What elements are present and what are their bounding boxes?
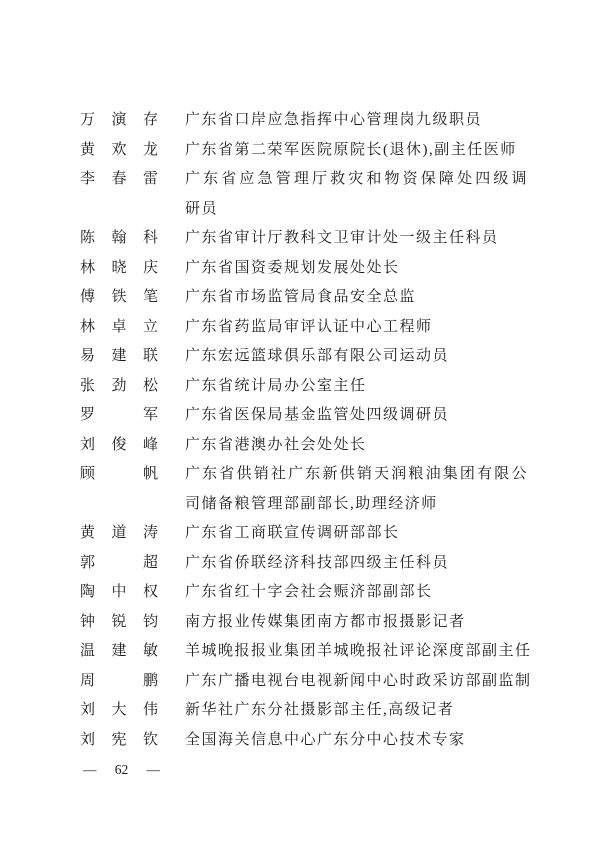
person-position: 广东省应急管理厅救灾和物资保障处四级调研员 xyxy=(185,165,528,224)
list-item: 刘宪钦 全国海关信息中心广东分中心技术专家 xyxy=(80,726,528,756)
list-item: 万演存 广东省口岸应急指挥中心管理岗九级职员 xyxy=(80,106,528,136)
person-name: 罗军 xyxy=(80,401,158,431)
person-position-line: 广东省统计局办公室主任 xyxy=(185,372,528,402)
person-position: 广东省国资委规划发展处处长 xyxy=(185,254,528,284)
person-position-line: 广东省红十字会社会赈济部副部长 xyxy=(185,578,528,608)
person-position: 广东省药监局审评认证中心工程师 xyxy=(185,313,528,343)
person-name: 林晓庆 xyxy=(80,254,158,284)
person-position-line: 全国海关信息中心广东分中心技术专家 xyxy=(185,726,528,756)
person-position: 广东省红十字会社会赈济部副部长 xyxy=(185,578,528,608)
person-position-line: 广东省港澳办社会处处长 xyxy=(185,431,528,461)
person-position-line: 广东省侨联经济科技部四级主任科员 xyxy=(185,549,528,579)
person-position: 广东省审计厅教科文卫审计处一级主任科员 xyxy=(185,224,528,254)
person-position: 广东省工商联宣传调研部部长 xyxy=(185,519,528,549)
person-position-line: 广东省口岸应急指挥中心管理岗九级职员 xyxy=(185,106,528,136)
person-position: 广东省侨联经济科技部四级主任科员 xyxy=(185,549,528,579)
person-name: 刘大伟 xyxy=(80,696,158,726)
person-position-line: 南方报业传媒集团南方都市报摄影记者 xyxy=(185,608,528,638)
person-position-line: 广东广播电视台电视新闻中心时政采访部副监制 xyxy=(185,667,528,697)
page-footer: — 62 — xyxy=(83,755,160,785)
person-name: 张劲松 xyxy=(80,372,158,402)
list-item: 傅铁笔 广东省市场监管局食品安全总监 xyxy=(80,283,528,313)
person-position: 广东省第二荣军医院原院长(退休),副主任医师 xyxy=(185,136,528,166)
person-name: 万演存 xyxy=(80,106,158,136)
person-position-line: 广东省应急管理厅救灾和物资保障处四级调 xyxy=(185,165,528,195)
person-position-line: 羊城晚报报业集团羊城晚报社评论深度部副主任 xyxy=(185,637,528,667)
person-name: 林卓立 xyxy=(80,313,158,343)
person-name: 郭超 xyxy=(80,549,158,579)
list-item: 温建敏 羊城晚报报业集团羊城晚报社评论深度部副主任 xyxy=(80,637,528,667)
list-item: 钟锐钧 南方报业传媒集团南方都市报摄影记者 xyxy=(80,608,528,638)
person-name: 陈翰科 xyxy=(80,224,158,254)
person-position-line: 新华社广东分社摄影部主任,高级记者 xyxy=(185,696,528,726)
list-item: 罗军 广东省医保局基金监管处四级调研员 xyxy=(80,401,528,431)
list-item: 黄道涛 广东省工商联宣传调研部部长 xyxy=(80,519,528,549)
person-position: 广东省市场监管局食品安全总监 xyxy=(185,283,528,313)
person-position: 羊城晚报报业集团羊城晚报社评论深度部副主任 xyxy=(185,637,528,667)
person-name: 钟锐钧 xyxy=(80,608,158,638)
person-name: 刘俊峰 xyxy=(80,431,158,461)
list-item: 林卓立 广东省药监局审评认证中心工程师 xyxy=(80,313,528,343)
list-item: 林晓庆 广东省国资委规划发展处处长 xyxy=(80,254,528,284)
person-position-line: 司储备粮管理部副部长,助理经济师 xyxy=(185,490,528,520)
list-item: 张劲松 广东省统计局办公室主任 xyxy=(80,372,528,402)
person-position: 广东省港澳办社会处处长 xyxy=(185,431,528,461)
page-number: 62 xyxy=(115,755,129,785)
person-position-line: 广东省第二荣军医院原院长(退休),副主任医师 xyxy=(185,136,528,166)
person-position-line: 广东省市场监管局食品安全总监 xyxy=(185,283,528,313)
footer-left-dash: — xyxy=(83,755,97,785)
person-name: 周鹏 xyxy=(80,667,158,697)
person-position: 广东省医保局基金监管处四级调研员 xyxy=(185,401,528,431)
person-position: 全国海关信息中心广东分中心技术专家 xyxy=(185,726,528,756)
person-position: 广东广播电视台电视新闻中心时政采访部副监制 xyxy=(185,667,528,697)
person-name: 顾帆 xyxy=(80,460,158,490)
list-item: 陶中权 广东省红十字会社会赈济部副部长 xyxy=(80,578,528,608)
list-item: 周鹏 广东广播电视台电视新闻中心时政采访部副监制 xyxy=(80,667,528,697)
list-item: 黄欢龙 广东省第二荣军医院原院长(退休),副主任医师 xyxy=(80,136,528,166)
person-name: 黄道涛 xyxy=(80,519,158,549)
person-position: 广东省供销社广东新供销天润粮油集团有限公司储备粮管理部副部长,助理经济师 xyxy=(185,460,528,519)
footer-right-dash: — xyxy=(147,755,161,785)
person-name: 陶中权 xyxy=(80,578,158,608)
person-position-line: 广东省国资委规划发展处处长 xyxy=(185,254,528,284)
person-name: 李春雷 xyxy=(80,165,158,195)
person-position-line: 广东省药监局审评认证中心工程师 xyxy=(185,313,528,343)
person-position-line: 广东宏远篮球俱乐部有限公司运动员 xyxy=(185,342,528,372)
person-name: 傅铁笔 xyxy=(80,283,158,313)
list-item: 陈翰科 广东省审计厅教科文卫审计处一级主任科员 xyxy=(80,224,528,254)
person-position-line: 广东省供销社广东新供销天润粮油集团有限公 xyxy=(185,460,528,490)
person-name: 易建联 xyxy=(80,342,158,372)
person-position-line: 广东省医保局基金监管处四级调研员 xyxy=(185,401,528,431)
person-position: 南方报业传媒集团南方都市报摄影记者 xyxy=(185,608,528,638)
person-name: 温建敏 xyxy=(80,637,158,667)
person-position-line: 广东省工商联宣传调研部部长 xyxy=(185,519,528,549)
person-position-line: 广东省审计厅教科文卫审计处一级主任科员 xyxy=(185,224,528,254)
document-page: 万演存 广东省口岸应急指挥中心管理岗九级职员 黄欢龙 广东省第二荣军医院原院长(… xyxy=(0,0,612,859)
person-position: 广东宏远篮球俱乐部有限公司运动员 xyxy=(185,342,528,372)
list-item: 顾帆 广东省供销社广东新供销天润粮油集团有限公司储备粮管理部副部长,助理经济师 xyxy=(80,460,528,519)
person-position: 新华社广东分社摄影部主任,高级记者 xyxy=(185,696,528,726)
person-name: 黄欢龙 xyxy=(80,136,158,166)
rows-container: 万演存 广东省口岸应急指挥中心管理岗九级职员 黄欢龙 广东省第二荣军医院原院长(… xyxy=(80,106,528,755)
list-item: 刘大伟 新华社广东分社摄影部主任,高级记者 xyxy=(80,696,528,726)
recognition-name-list: 万演存 广东省口岸应急指挥中心管理岗九级职员 黄欢龙 广东省第二荣军医院原院长(… xyxy=(80,106,528,785)
list-item: 易建联 广东宏远篮球俱乐部有限公司运动员 xyxy=(80,342,528,372)
person-name: 刘宪钦 xyxy=(80,726,158,756)
person-position: 广东省统计局办公室主任 xyxy=(185,372,528,402)
list-item: 刘俊峰 广东省港澳办社会处处长 xyxy=(80,431,528,461)
list-item: 李春雷 广东省应急管理厅救灾和物资保障处四级调研员 xyxy=(80,165,528,224)
person-position-line: 研员 xyxy=(185,195,528,225)
list-item: 郭超 广东省侨联经济科技部四级主任科员 xyxy=(80,549,528,579)
person-position: 广东省口岸应急指挥中心管理岗九级职员 xyxy=(185,106,528,136)
